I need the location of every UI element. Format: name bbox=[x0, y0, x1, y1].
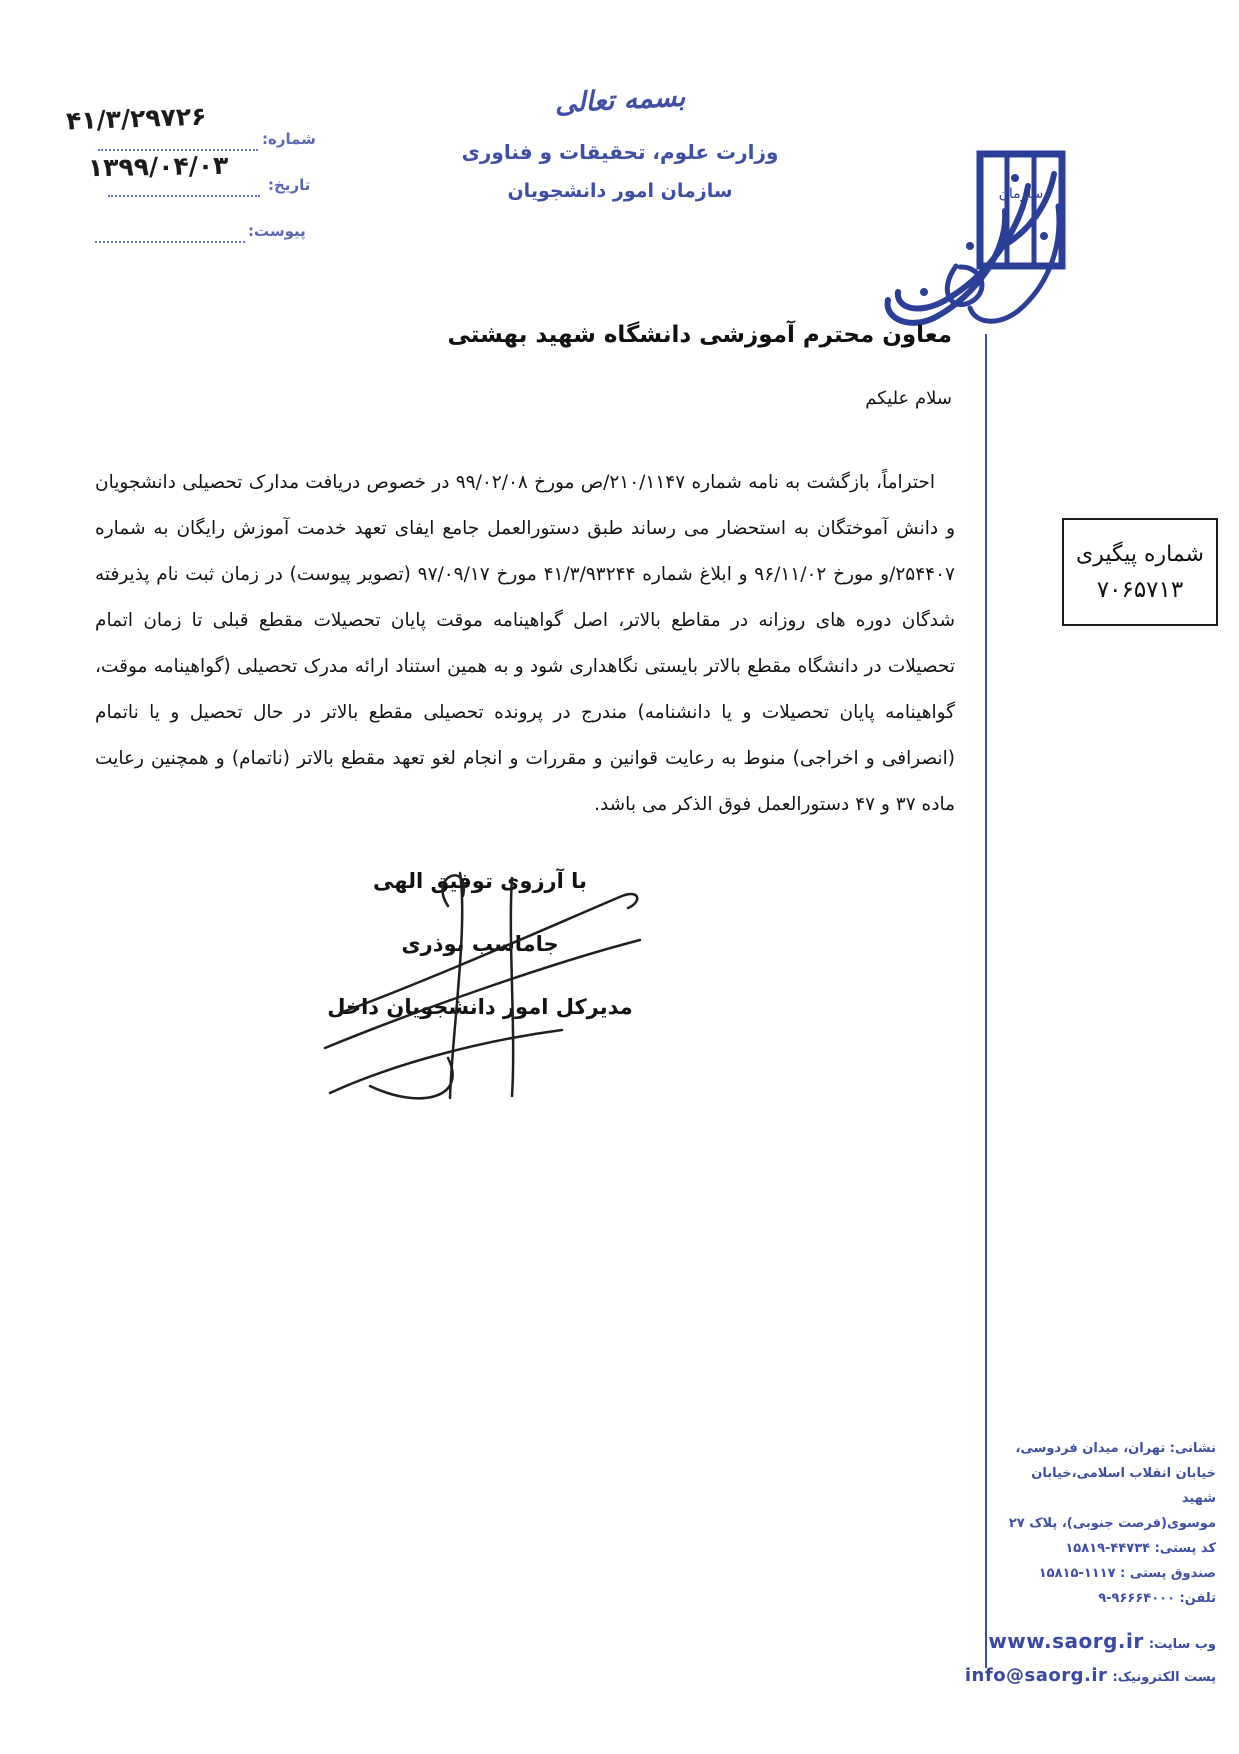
tracking-number-value: ۷۰۶۵۷۱۳ bbox=[1097, 577, 1183, 603]
signatory-title: مدیرکل امور دانشجویان داخل bbox=[280, 976, 680, 1039]
address-line: موسوی(فرصت جنوبی)، پلاک ۲۷ bbox=[998, 1511, 1216, 1536]
website-label: وب سایت: bbox=[1149, 1637, 1216, 1652]
address-line-po-box: صندوق پستی : ۱۱۱۷-۱۵۸۱۵ bbox=[998, 1561, 1216, 1586]
scanned-letter-page: ۴۱/۳/۲۹۷۲۶ شماره: ۱۳۹۹/۰۴/۰۳ تاریخ: پیوس… bbox=[0, 0, 1239, 1754]
number-dotted-line bbox=[98, 131, 258, 151]
website-url: www.saorg.ir bbox=[988, 1629, 1143, 1653]
tracking-number-label: شماره پیگیری bbox=[1076, 542, 1204, 567]
saorg-logo-icon: سازمان bbox=[858, 146, 1070, 342]
date-dotted-line bbox=[108, 177, 260, 197]
number-label: شماره: bbox=[262, 130, 316, 148]
attachment-label: پیوست: bbox=[248, 222, 306, 240]
letter-body-paragraph: احتراماً، بازگشت به نامه شماره ۲۱۰/۱۱۴۷/… bbox=[95, 460, 955, 828]
letterhead-center: بسمه تعالی وزارت علوم، تحقیقات و فناوری … bbox=[420, 70, 820, 210]
address-line: نشانی: تهران، میدان فردوسی، bbox=[998, 1436, 1216, 1461]
logo-word: سازمان bbox=[999, 186, 1044, 202]
email-address: info@saorg.ir bbox=[965, 1665, 1108, 1686]
signature-block: با آرزوی توفیق الهی جاماسب نوذری مدیرکل … bbox=[280, 850, 680, 1039]
address-line-postal-code: کد پستی: ۴۴۷۳۴-۱۵۸۱۹ bbox=[998, 1536, 1216, 1561]
besmele-calligraphy: بسمه تعالی bbox=[419, 60, 822, 143]
signature-closing: با آرزوی توفیق الهی bbox=[280, 850, 680, 913]
signatory-name: جاماسب نوذری bbox=[280, 913, 680, 976]
vertical-divider-line bbox=[985, 334, 987, 1668]
address-line-phone: تلفن: ۹۶۶۶۴۰۰۰-۹ bbox=[998, 1586, 1216, 1611]
email-row: پست الکترونیک: info@saorg.ir bbox=[940, 1660, 1216, 1693]
date-label: تاریخ: bbox=[268, 176, 310, 194]
tracking-number-box: شماره پیگیری ۷۰۶۵۷۱۳ bbox=[1062, 518, 1218, 626]
recipient-line: معاون محترم آموزشی دانشگاه شهید بهشتی bbox=[430, 322, 952, 348]
address-line: خیابان انقلاب اسلامی،خیابان شهید bbox=[998, 1461, 1216, 1511]
salutation-line: سلام علیکم bbox=[720, 388, 952, 409]
website-row: وب سایت: www.saorg.ir bbox=[940, 1626, 1216, 1660]
organization-name: سازمان امور دانشجویان bbox=[420, 172, 820, 210]
email-label: پست الکترونیک: bbox=[1113, 1670, 1216, 1685]
attachment-dotted-line bbox=[95, 223, 245, 243]
footer-address-block: نشانی: تهران، میدان فردوسی، خیابان انقلا… bbox=[998, 1436, 1216, 1611]
footer-web-block: وب سایت: www.saorg.ir پست الکترونیک: inf… bbox=[940, 1626, 1216, 1693]
